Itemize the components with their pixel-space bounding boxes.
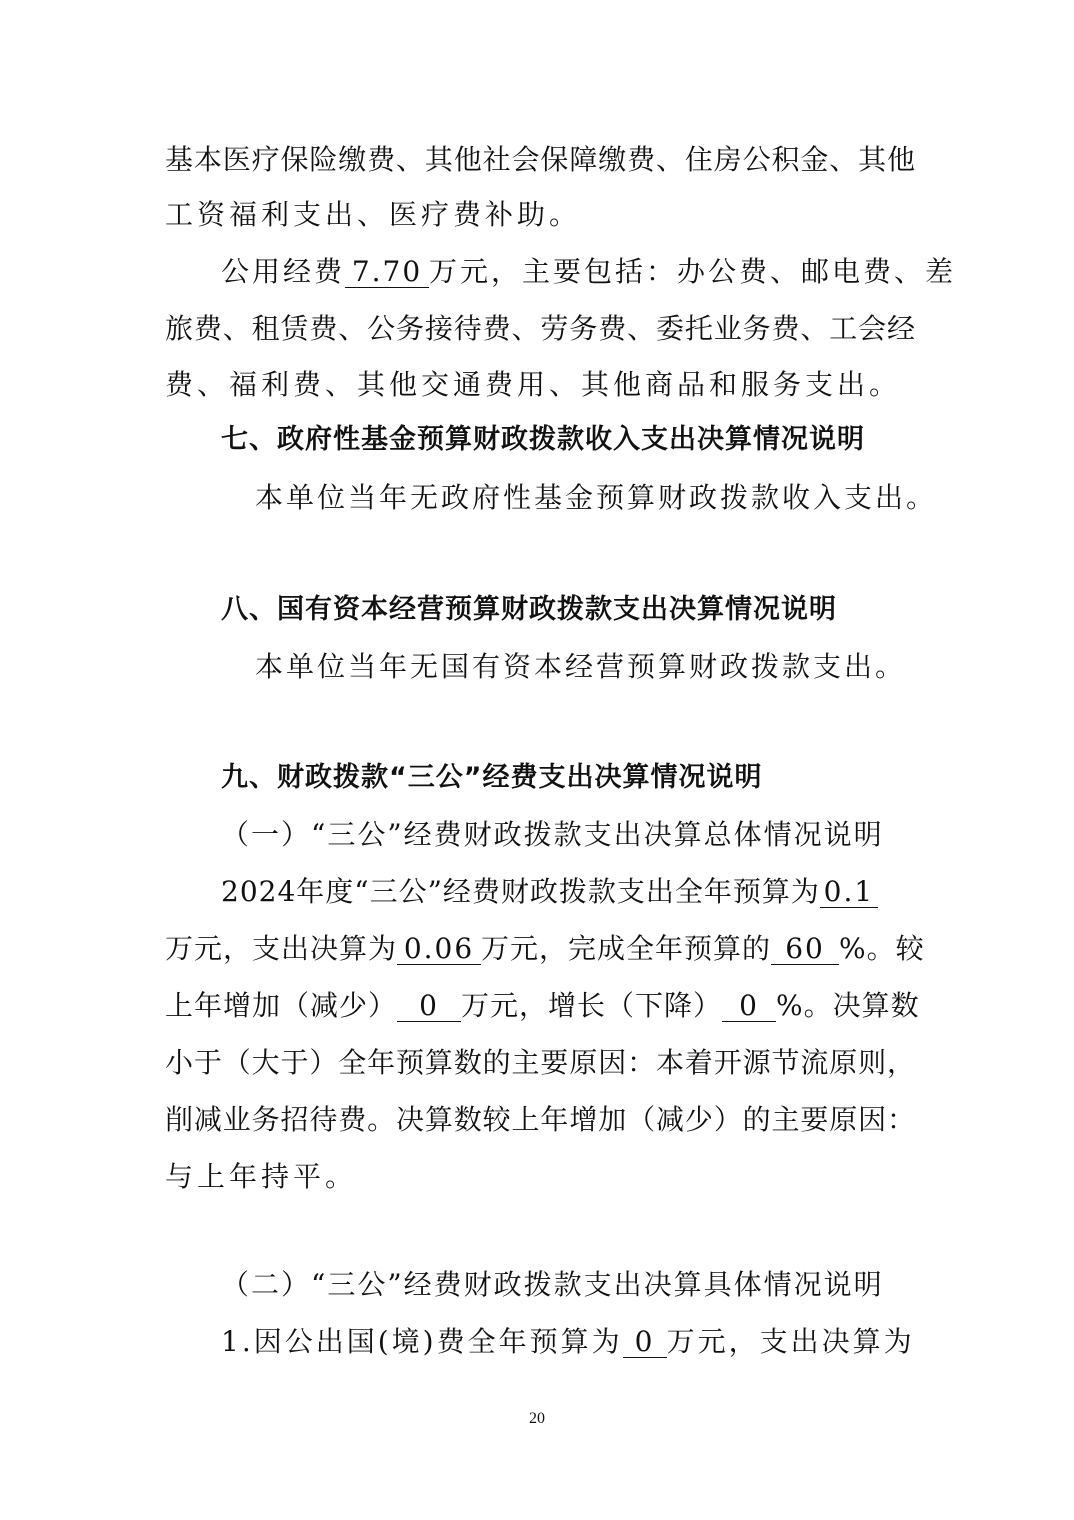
section-heading-9: 九、财政拨款“三公”经费支出决算情况说明 bbox=[221, 758, 971, 798]
overseas-budget: 0 bbox=[623, 1327, 667, 1358]
paragraph-line: 费、福利费、其他交通费用、其他商品和服务支出。 bbox=[165, 365, 915, 405]
paragraph-line: 公用经费7.70万元，主要包括：办公费、邮电费、差 bbox=[221, 252, 915, 292]
section-body-8: 本单位当年无国有资本经营预算财政拨款支出。 bbox=[255, 647, 1005, 687]
paragraph-line: 万元，支出决算为0.06万元，完成全年预算的60%。较 bbox=[165, 929, 915, 969]
section-heading-8: 八、国有资本经营预算财政拨款支出决算情况说明 bbox=[221, 590, 971, 630]
public-expense-value: 7.70 bbox=[345, 257, 429, 288]
change-pct: 0 bbox=[722, 991, 776, 1022]
paragraph-line: 与上年持平。 bbox=[165, 1157, 915, 1197]
paragraph-line: 工资福利支出、医疗费补助。 bbox=[165, 195, 915, 235]
subsection-heading-2: （二）“三公”经费财政拨款支出决算具体情况说明 bbox=[221, 1265, 971, 1305]
sangong-budget: 0.1 bbox=[820, 877, 878, 908]
section-body-7: 本单位当年无政府性基金预算财政拨款收入支出。 bbox=[255, 478, 1005, 518]
paragraph-line: 削减业务招待费。决算数较上年增加（减少）的主要原因： bbox=[165, 1100, 915, 1140]
subsection-heading-1: （一）“三公”经费财政拨款支出决算总体情况说明 bbox=[221, 815, 971, 855]
sangong-actual: 0.06 bbox=[397, 934, 481, 965]
change-amount: 0 bbox=[397, 991, 461, 1022]
page-number: 20 bbox=[0, 1410, 1074, 1428]
section-heading-7: 七、政府性基金预算财政拨款收入支出决算情况说明 bbox=[221, 420, 971, 460]
paragraph-line: 旅费、租赁费、公务接待费、劳务费、委托业务费、工会经 bbox=[165, 309, 915, 349]
completion-pct: 60 bbox=[771, 934, 839, 965]
paragraph-line: 上年增加（减少）0万元，增长（下降）0%。决算数 bbox=[165, 986, 915, 1026]
paragraph-line: 1.因公出国(境)费全年预算为0万元，支出决算为 bbox=[221, 1322, 915, 1362]
paragraph-line: 基本医疗保险缴费、其他社会保障缴费、住房公积金、其他 bbox=[165, 140, 915, 180]
paragraph-line: 小于（大于）全年预算数的主要原因：本着开源节流原则， bbox=[165, 1043, 915, 1083]
paragraph-line: 2024年度“三公”经费财政拨款支出全年预算为0.1 bbox=[221, 872, 915, 912]
